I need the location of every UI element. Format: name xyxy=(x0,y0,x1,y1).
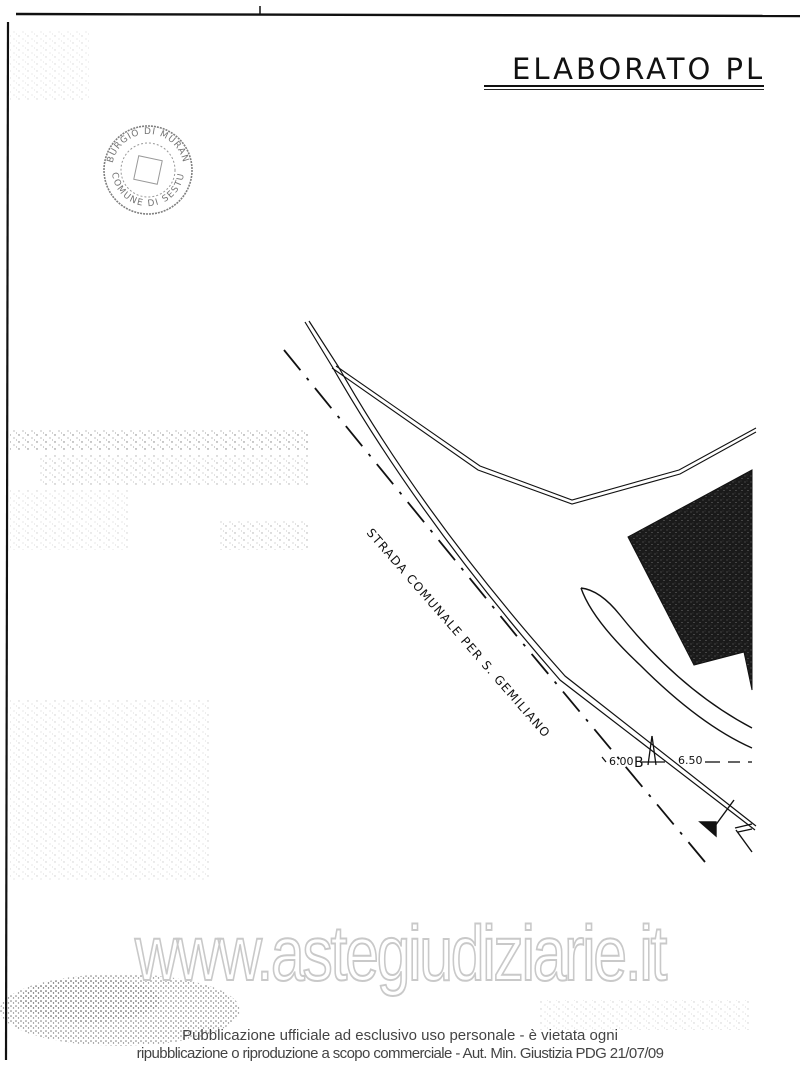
section-letter: B xyxy=(634,755,644,771)
watermark-site-url: www.astegiudiziarie.it xyxy=(88,908,712,999)
municipal-stamp: BURGIO DI MURAN COMUNE DI SESTU xyxy=(104,126,192,214)
stamp-top-text: BURGIO DI MURAN xyxy=(106,127,191,164)
lot-boundary-line xyxy=(332,366,756,504)
road-label: STRADA COMUNALE PER S. GEMILIANO xyxy=(364,526,553,741)
scanned-plan-sheet: BURGIO DI MURAN COMUNE DI SESTU xyxy=(0,0,800,1086)
dimension-right: 6.50 xyxy=(678,754,703,767)
road-dashdot-line xyxy=(284,350,705,862)
building-footprint xyxy=(628,470,752,690)
drawing-title: ELABORATO PL xyxy=(512,52,765,86)
svg-text:BURGIO DI MURAN: BURGIO DI MURAN xyxy=(106,127,191,164)
title-underline xyxy=(484,85,764,87)
title-underline-secondary xyxy=(484,89,764,90)
dimension-left: 6.00 xyxy=(609,755,634,768)
legal-notice-line-1: Pubblicazione ufficiale ad esclusivo uso… xyxy=(0,1027,800,1044)
legal-notice-line-2: ripubblicazione o riproduzione a scopo c… xyxy=(0,1045,800,1062)
